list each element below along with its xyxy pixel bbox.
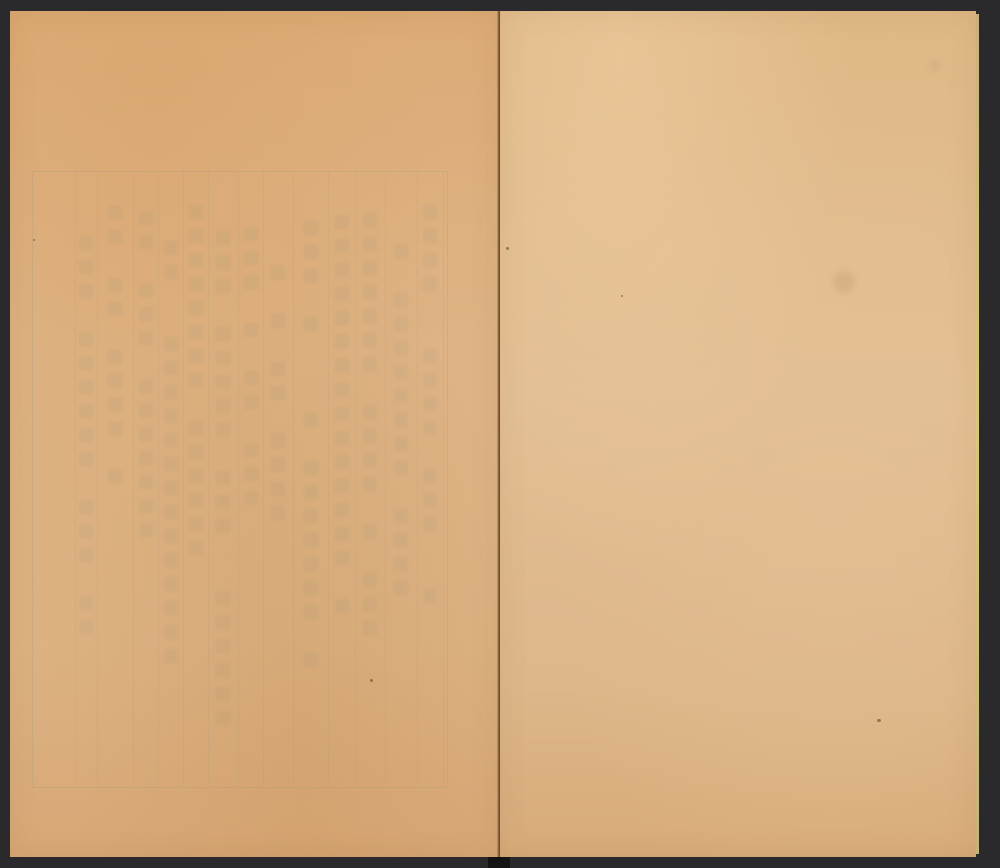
ghost-character [363,237,377,251]
ghost-character [335,599,349,613]
ghost-character [164,409,178,423]
ghost-character [304,413,318,427]
ghost-character [216,375,230,389]
ghost-character [79,428,93,442]
ghost-character [139,499,153,513]
ghost-character [189,373,203,387]
ghost-character [394,437,408,451]
ghost-character [164,481,178,495]
ghost-character [189,517,203,531]
ghost-column-rule [293,172,294,787]
ghost-character [394,293,408,307]
ghost-column-rule [75,172,76,787]
ghost-character [164,625,178,639]
right-page [500,11,976,857]
ghost-character [164,265,178,279]
ghost-character [394,413,408,427]
ghost-character [79,260,93,274]
ghost-character [335,455,349,469]
ghost-character [216,687,230,701]
ghost-column-rule [355,172,356,787]
ghost-character [335,407,349,421]
ghost-character [216,351,230,365]
ghost-character [335,503,349,517]
ghost-character [216,327,230,341]
ghost-character [79,452,93,466]
ghost-character [335,287,349,301]
ghost-character [304,317,318,331]
ghost-character [363,525,377,539]
ghost-column-rule [417,172,418,787]
ghost-character [423,421,437,435]
ghost-character [216,231,230,245]
ghost-character [164,337,178,351]
ghost-character [363,285,377,299]
ghost-character [139,403,153,417]
ghost-character [216,519,230,533]
ghost-character [79,620,93,634]
book-spread [0,0,1000,868]
ghost-character [271,482,285,496]
ghost-column-rule [97,172,98,787]
ghost-character [304,221,318,235]
ghost-character [108,302,122,316]
ghost-column-rule [158,172,159,787]
ghost-character [304,533,318,547]
ghost-character [335,311,349,325]
spine-gap [488,857,510,868]
ghost-character [394,365,408,379]
left-page [10,11,498,857]
ghost-character [244,491,258,505]
ghost-character [108,206,122,220]
ghost-character [244,323,258,337]
ghost-character [363,357,377,371]
ghost-character [164,529,178,543]
ghost-character [423,277,437,291]
ghost-character [139,307,153,321]
ghost-character [335,551,349,565]
ghost-character [244,395,258,409]
ghost-character [139,523,153,537]
ghost-character [216,423,230,437]
ghost-character [423,349,437,363]
ghost-character [423,373,437,387]
ghost-character [216,615,230,629]
ghost-character [189,493,203,507]
page-edge [976,14,979,854]
foxing-spot [930,61,940,71]
ghost-character [79,236,93,250]
ghost-character [79,404,93,418]
ghost-character [108,374,122,388]
ghost-character [423,517,437,531]
ghost-character [164,433,178,447]
ghost-character [335,215,349,229]
ghost-character [139,283,153,297]
ghost-character [216,471,230,485]
paper-speck [621,295,623,297]
ghost-character [164,361,178,375]
ghost-character [164,241,178,255]
ghost-character [304,653,318,667]
ghost-character [79,380,93,394]
ghost-character [139,211,153,225]
ghost-character [164,577,178,591]
ghost-character [108,278,122,292]
ghost-character [79,500,93,514]
ghost-character [79,356,93,370]
ghost-character [271,314,285,328]
ghost-column-rule [443,172,444,787]
ghost-character [335,383,349,397]
ghost-character [423,397,437,411]
ghost-character [79,524,93,538]
ghost-character [304,485,318,499]
ghost-character [363,213,377,227]
ghost-character [216,279,230,293]
ghost-character [164,649,178,663]
ghost-character [108,230,122,244]
ghost-character [271,434,285,448]
ghost-character [423,205,437,219]
bleed-through-text-block [32,171,448,788]
ghost-character [335,239,349,253]
ghost-column-rule [328,172,329,787]
ghost-character [108,422,122,436]
ghost-character [244,275,258,289]
ghost-character [271,386,285,400]
ghost-character [363,621,377,635]
ghost-character [164,553,178,567]
ghost-character [363,309,377,323]
ghost-character [189,421,203,435]
ghost-character [164,457,178,471]
ghost-character [394,341,408,355]
ghost-column-rule [385,172,386,787]
ghost-character [216,711,230,725]
ghost-character [304,461,318,475]
ghost-character [335,335,349,349]
paper-speck [33,239,35,241]
ghost-character [189,541,203,555]
ghost-character [304,605,318,619]
ghost-character [244,371,258,385]
ghost-character [108,470,122,484]
ghost-character [394,461,408,475]
paper-speck [506,247,509,250]
ghost-character [304,581,318,595]
ghost-character [271,458,285,472]
ghost-character [423,253,437,267]
ghost-character [139,235,153,249]
ghost-character [216,639,230,653]
ghost-character [363,573,377,587]
ghost-column-rule [208,172,209,787]
ghost-character [423,469,437,483]
ghost-character [139,379,153,393]
ghost-character [363,597,377,611]
ghost-character [423,589,437,603]
ghost-character [271,266,285,280]
ghost-character [244,251,258,265]
ghost-character [108,350,122,364]
ghost-character [363,261,377,275]
ghost-character [164,385,178,399]
ghost-character [394,317,408,331]
ghost-character [108,398,122,412]
ghost-character [189,301,203,315]
ghost-character [79,284,93,298]
paper-speck [877,719,881,722]
ghost-character [335,527,349,541]
ghost-character [304,245,318,259]
ghost-character [363,429,377,443]
ghost-character [304,509,318,523]
ghost-column-rule [133,172,134,787]
ghost-character [244,467,258,481]
ghost-column-rule [183,172,184,787]
ghost-character [394,509,408,523]
ghost-character [189,325,203,339]
ghost-character [363,333,377,347]
ghost-character [363,405,377,419]
ghost-character [216,255,230,269]
ghost-character [271,506,285,520]
ghost-character [271,362,285,376]
foxing-spot [833,271,855,293]
ghost-character [164,601,178,615]
ghost-character [189,253,203,267]
ghost-character [139,451,153,465]
ghost-character [216,399,230,413]
ghost-character [423,229,437,243]
ghost-character [394,581,408,595]
ghost-character [363,477,377,491]
ghost-character [189,229,203,243]
ghost-character [139,331,153,345]
ghost-character [394,245,408,259]
ghost-character [335,359,349,373]
ghost-character [335,479,349,493]
ghost-character [216,591,230,605]
ghost-character [79,332,93,346]
ghost-character [79,548,93,562]
ghost-character [139,475,153,489]
ghost-character [189,277,203,291]
ghost-character [394,389,408,403]
ghost-character [394,533,408,547]
ghost-character [79,596,93,610]
ghost-character [335,431,349,445]
ghost-column-rule [238,172,239,787]
ghost-character [189,205,203,219]
ghost-character [423,493,437,507]
paper-speck [370,679,373,682]
ghost-character [139,427,153,441]
ghost-character [216,495,230,509]
ghost-column-rule [263,172,264,787]
ghost-character [244,227,258,241]
ghost-character [189,349,203,363]
ghost-character [394,557,408,571]
ghost-character [216,663,230,677]
ghost-character [304,557,318,571]
ghost-character [363,453,377,467]
ghost-character [244,443,258,457]
ghost-character [164,505,178,519]
ghost-character [304,269,318,283]
ghost-character [189,469,203,483]
ghost-character [189,445,203,459]
ghost-character [335,263,349,277]
